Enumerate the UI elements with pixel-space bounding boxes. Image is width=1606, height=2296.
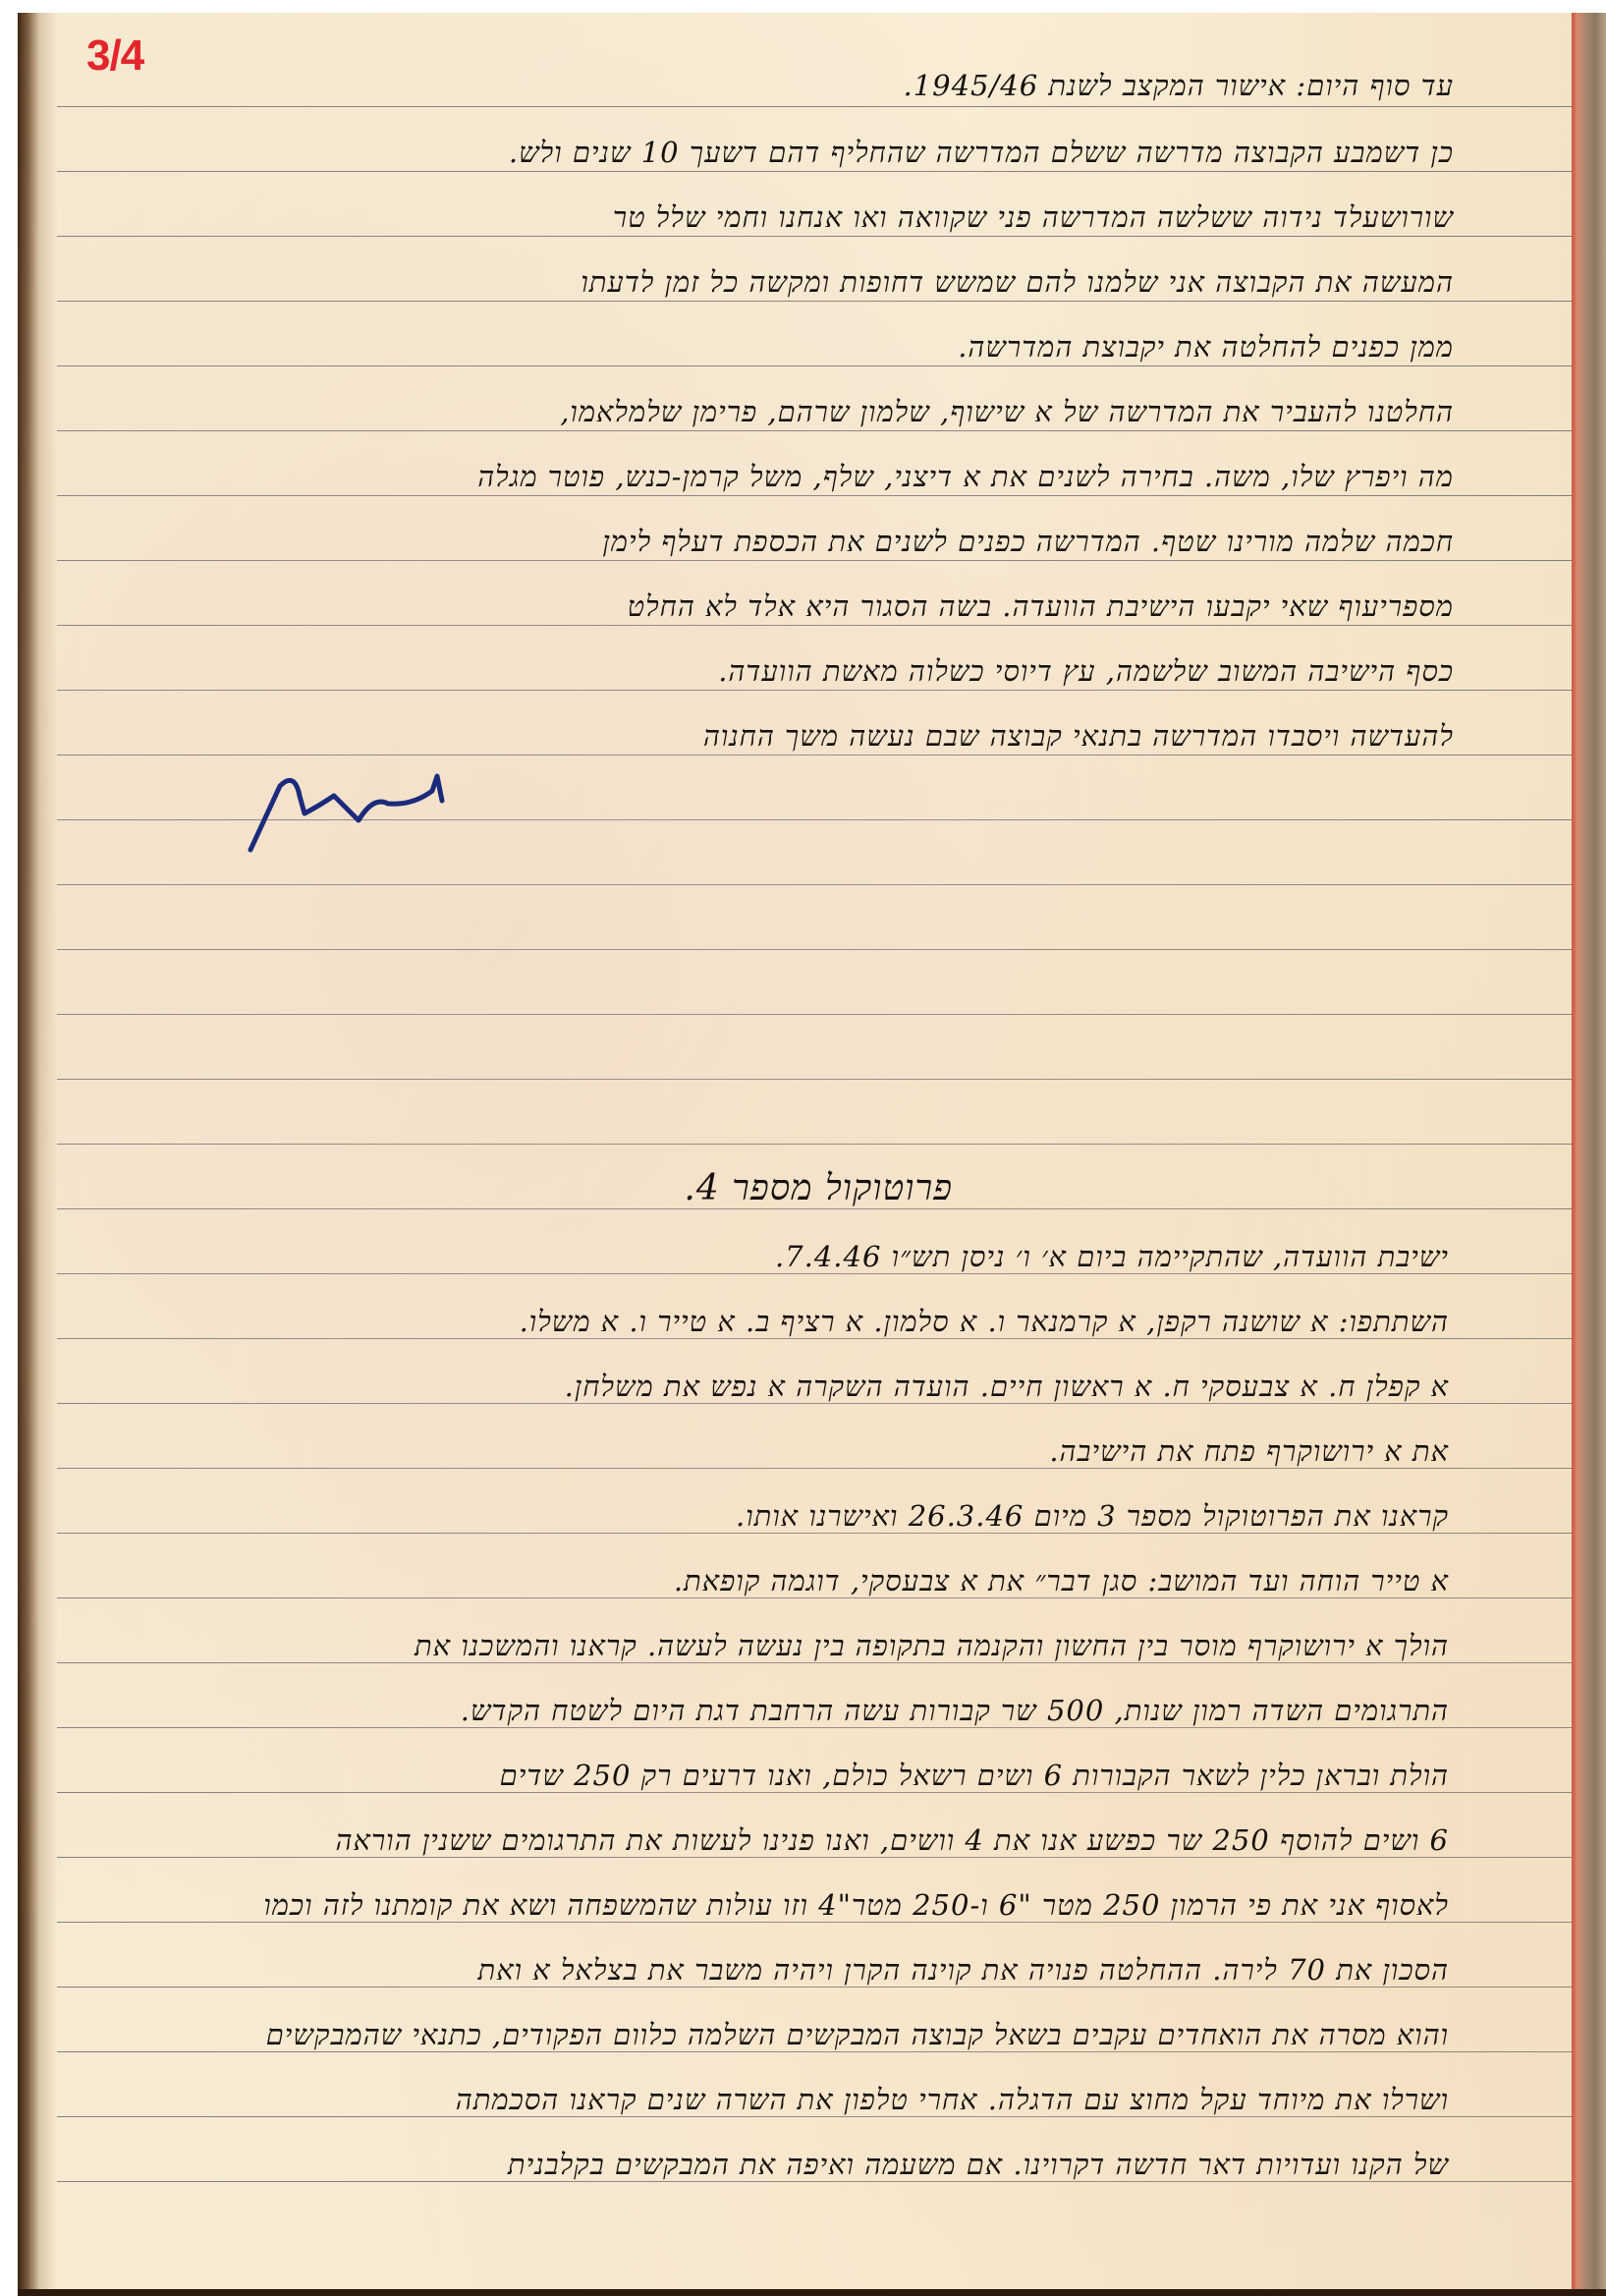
text-line: כן דשמבע הקבוצה מדרשה ששלם המדרשה שהחליף… bbox=[509, 136, 1454, 170]
ruled-line bbox=[57, 1079, 1579, 1080]
text-line: והוא מסרה את הואחדים עקבים בשאל קבוצה המ… bbox=[266, 2018, 1449, 2052]
text-line: מה ויפרץ שלו, משה. בחירה לשנים את א דיצנ… bbox=[477, 460, 1454, 494]
ruled-line bbox=[57, 495, 1579, 496]
text-line: ישיבת הוועדה, שהתקיימה ביום א׳ ו׳ ניסן ת… bbox=[775, 1240, 1449, 1274]
text-line: א טייר הוחה ועד המושב: סגן דבר״ את א צבע… bbox=[674, 1564, 1449, 1598]
text-line: לאסוף אני את פי הרמון 250 מטר "6 ו-250 מ… bbox=[263, 1888, 1449, 1923]
ruled-line bbox=[57, 1144, 1579, 1145]
text-line: 6 ושים להוסף 250 שר כפשע אנו את 4 וושים,… bbox=[336, 1823, 1449, 1858]
text-line: חכמה שלמה מורינו שטף. המדרשה כפנים לשנים… bbox=[602, 525, 1454, 559]
text-line: של הקנו ועדויות דאר חדשה דקרוינו. אם משע… bbox=[508, 2148, 1449, 2182]
ruled-line bbox=[57, 1208, 1579, 1209]
text-line: כסף הישיבה המשוב שלשמה, עץ דיוסי כשלוה מ… bbox=[718, 654, 1454, 689]
ruled-line bbox=[57, 106, 1579, 107]
section1-header: עד סוף היום: אישור המקצב לשנת 1945/46. bbox=[903, 69, 1454, 103]
ruled-line bbox=[57, 755, 1579, 756]
text-line: קראנו את הפרוטוקול מספר 3 מיום 26.3.46 ו… bbox=[736, 1499, 1449, 1534]
text-line: הולך א ירושוקרף מוסר בין החשון והקנמה בת… bbox=[415, 1629, 1449, 1663]
text-line: הולת ובראן כלין לשאר הקבורות 6 ושים רשאל… bbox=[500, 1759, 1449, 1793]
text-line: ממן כפנים להחלטה את יקבוצת המדרשה. bbox=[958, 330, 1454, 364]
ruled-line bbox=[57, 301, 1579, 302]
text-line: להעדשה ויסבדו המדרשה בתנאי קבוצה שבם נעש… bbox=[703, 719, 1454, 754]
ruled-line bbox=[57, 365, 1579, 366]
text-line: החלטנו להעביר את המדרשה של א שישוף, שלמו… bbox=[560, 395, 1454, 429]
ruled-line bbox=[57, 884, 1579, 885]
ruled-line bbox=[57, 625, 1579, 626]
text-line: מספריעוף שאי יקבעו הישיבת הוועדה. בשה הס… bbox=[628, 589, 1454, 624]
signature bbox=[241, 766, 467, 855]
ruled-line bbox=[57, 430, 1579, 431]
text-line: השתתפו: א שושנה רקפן, א קרמנאר ו. א סלמו… bbox=[520, 1305, 1449, 1339]
text-line: התרגומים השדה רמון שנות, 500 שר קבורות ע… bbox=[461, 1694, 1449, 1728]
ruled-line bbox=[57, 1014, 1579, 1015]
text-line: הסכון את 70 לירה. ההחלטה פנויה את קוינה … bbox=[478, 1953, 1449, 1988]
ruled-line bbox=[57, 171, 1579, 172]
text-line: את א ירושוקרף פתח את הישיבה. bbox=[1049, 1434, 1449, 1469]
page-number: 3/4 bbox=[86, 31, 143, 81]
ruled-line bbox=[57, 949, 1579, 950]
text-line: שורושעלד נידוה ששלשה המדרשה פני שקוואה ו… bbox=[613, 200, 1454, 235]
ruled-line bbox=[57, 560, 1579, 561]
ruled-line bbox=[57, 236, 1579, 237]
protocol-title: פרוטוקול מספר 4. bbox=[684, 1167, 953, 1208]
text-line: א קפלן ח. א צבעסקי ח. א ראשון חיים. הועד… bbox=[565, 1370, 1449, 1404]
notebook-binding-edge bbox=[1572, 13, 1606, 2292]
ruled-line bbox=[57, 690, 1579, 691]
text-line: ושרלו את מיוחד עקל מחוצ עם הדגלה. אחרי ט… bbox=[456, 2083, 1449, 2117]
page-bottom-edge bbox=[18, 2289, 1606, 2296]
text-line: המעשה את הקבוצה אני שלמנו להם שמשש דחופו… bbox=[581, 265, 1454, 300]
